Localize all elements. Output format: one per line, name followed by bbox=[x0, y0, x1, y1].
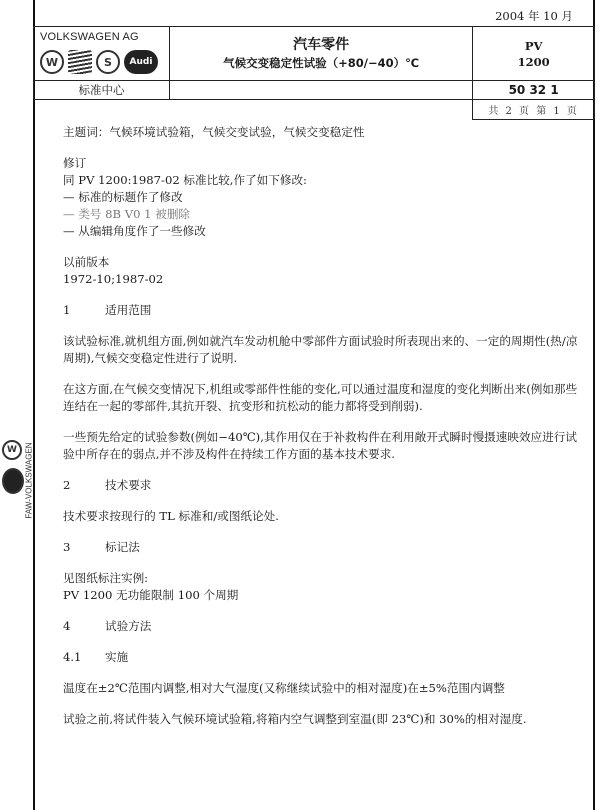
section-heading-1: 1 适用范围 bbox=[63, 302, 583, 319]
company-name: VOLKSWAGEN AG bbox=[34, 27, 169, 47]
revision-item: — 从编辑角度作了一些修改 bbox=[63, 223, 583, 240]
faw-vw-side-logo: W FAW-VOLKSWAGEN bbox=[0, 428, 33, 523]
section-number: 4.1 bbox=[63, 649, 105, 666]
paragraph: 见图纸标注实例: bbox=[63, 570, 583, 587]
section-title: 标记法 bbox=[105, 539, 140, 556]
company-cell: VOLKSWAGEN AG W S Audi bbox=[34, 27, 170, 81]
audi-logo-icon: Audi bbox=[124, 50, 158, 74]
paragraph: 在这方面,在气候交变情况下,机组或零部件性能的变化,可以通过温度和湿度的变化判断… bbox=[63, 381, 583, 415]
paragraph: 该试验标准,就机组方面,例如就汽车发动机舱中零部件方面试验时所表现出来的、一定的… bbox=[63, 333, 583, 367]
standard-cell: PV 1200 bbox=[473, 27, 595, 81]
document-subtitle: 气候交变稳定性试验（+80/−40）℃ bbox=[170, 54, 472, 72]
section-heading-3: 3 标记法 bbox=[63, 539, 583, 556]
standard-number: 1200 bbox=[473, 54, 594, 70]
blank-cell bbox=[169, 81, 472, 100]
header-table: VOLKSWAGEN AG W S Audi 汽车零件 气候交变稳定性试验（+8… bbox=[33, 26, 595, 120]
revision-intro: 同 PV 1200:1987-02 标准比较,作了如下修改: bbox=[63, 172, 583, 189]
revision-title: 修订 bbox=[63, 155, 583, 172]
paragraph: 试验之前,将试件装入气候环境试验箱,将箱内空气调整到室温(即 23℃)和 30%… bbox=[63, 711, 583, 728]
section-title: 技术要求 bbox=[105, 477, 151, 494]
previous-editions-title: 以前版本 bbox=[63, 254, 583, 271]
paragraph: 温度在±2℃范围内调整,相对大气湿度(又称继续试验中的相对湿度)在±5%范围内调… bbox=[63, 680, 583, 697]
standard-type: PV bbox=[473, 38, 594, 54]
section-number: 2 bbox=[63, 477, 105, 494]
brand-logos: W S Audi bbox=[34, 47, 169, 74]
paragraph: 技术要求按现行的 TL 标准和/或图纸论处. bbox=[63, 508, 583, 525]
faw-logo-icon bbox=[2, 468, 24, 494]
issue-date: 2004 年 10 月 bbox=[473, 6, 595, 26]
section-number: 4 bbox=[63, 618, 105, 635]
document-title: 汽车零件 bbox=[170, 36, 472, 54]
vw-logo-icon: W bbox=[40, 50, 64, 74]
section-number: 3 bbox=[63, 539, 105, 556]
page-count: 共 2 页 第 1 页 bbox=[473, 100, 595, 120]
section-heading-2: 2 技术要求 bbox=[63, 477, 583, 494]
department: 标准中心 bbox=[34, 81, 170, 100]
section-number: 1 bbox=[63, 302, 105, 319]
faw-vw-text: FAW-VOLKSWAGEN bbox=[25, 436, 34, 526]
vw-side-logo-icon: W bbox=[2, 440, 22, 460]
keywords: 主题词：气候环境试验箱，气候交变试验，气候交变稳定性 bbox=[63, 124, 583, 141]
previous-editions-value: 1972-10;1987-02 bbox=[63, 271, 583, 288]
section-title: 试验方法 bbox=[105, 618, 151, 635]
seat-logo-icon bbox=[68, 50, 92, 74]
doc-number: 50 32 1 bbox=[473, 81, 595, 100]
document-body: 主题词：气候环境试验箱，气候交变试验，气候交变稳定性 修订 同 PV 1200:… bbox=[63, 124, 583, 728]
skoda-logo-icon: S bbox=[96, 50, 120, 74]
section-heading-4: 4 试验方法 bbox=[63, 618, 583, 635]
spacer-cell bbox=[34, 100, 473, 120]
revision-item: — 类号 8B V0 1 被删除 bbox=[63, 206, 583, 223]
section-heading-4-1: 4.1 实施 bbox=[63, 649, 583, 666]
title-cell: 汽车零件 气候交变稳定性试验（+80/−40）℃ bbox=[169, 27, 472, 81]
paragraph: PV 1200 无功能限制 100 个周期 bbox=[63, 587, 583, 604]
revision-item: — 标准的标题作了修改 bbox=[63, 189, 583, 206]
paragraph: 一些预先给定的试验参数(例如−40℃),其作用仅在于补救构件在利用敞开式瞬时慢摄… bbox=[63, 429, 583, 463]
section-title: 适用范围 bbox=[105, 302, 151, 319]
section-title: 实施 bbox=[105, 649, 128, 666]
